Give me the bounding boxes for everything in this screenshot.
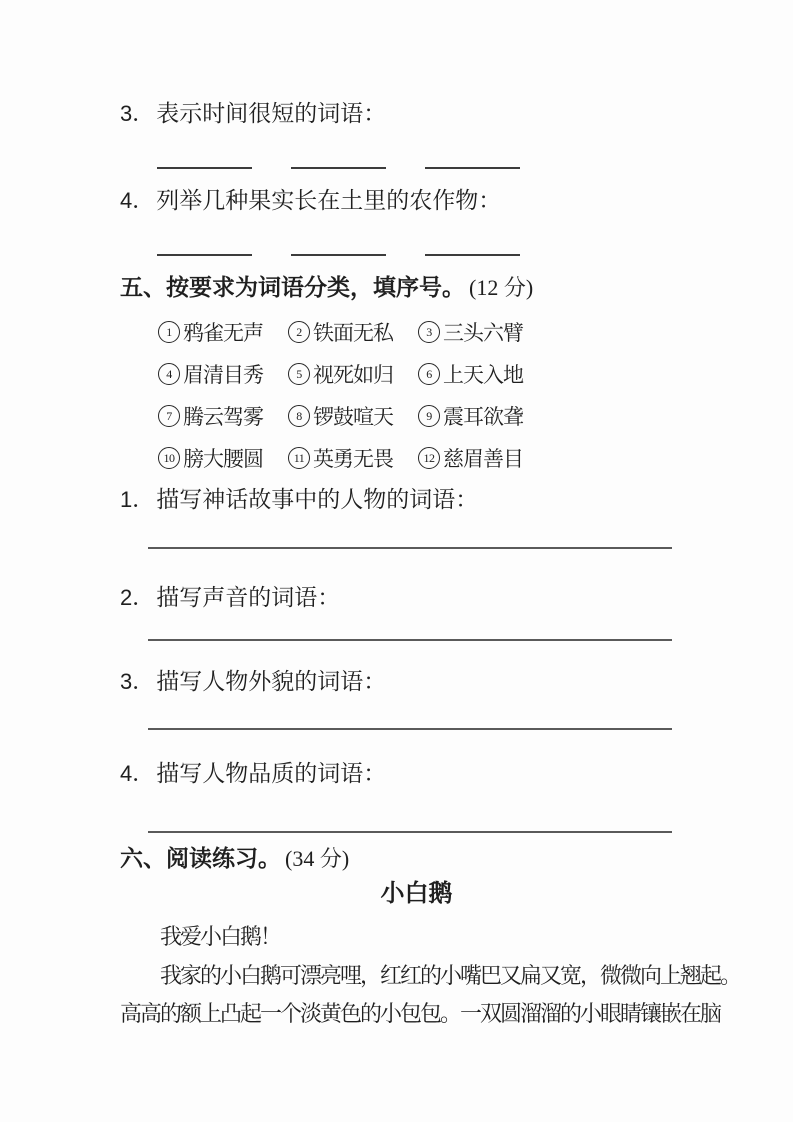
word-text: 三头六臂 <box>443 317 523 347</box>
word-text: 膀大腰圆 <box>183 443 263 473</box>
answer-blank <box>291 153 386 169</box>
circled-number: 2 <box>288 321 310 343</box>
classify-question-character: 4．描写人物品质的词语： <box>120 761 713 787</box>
answer-blank <box>425 240 520 256</box>
answer-blank-row <box>157 240 713 256</box>
word-option: 2铁面无私 <box>288 318 418 346</box>
question-text: 描写人物品质的词语： <box>156 761 386 786</box>
answer-blank <box>291 240 386 256</box>
section6-heading-label: 六、阅读练习。 <box>120 845 281 871</box>
answer-blank <box>157 153 252 169</box>
word-option-grid: 1鸦雀无声 2铁面无私 3三头六臂 4眉清目秀 5视死如归 6上天入地 7腾云驾… <box>158 318 713 486</box>
passage-line: 高高的额上凸起一个淡黄色的小包包。一双圆溜溜的小眼睛镶嵌在脑 <box>120 1001 713 1026</box>
question-number: 2． <box>120 585 154 610</box>
word-option: 1鸦雀无声 <box>158 318 288 346</box>
circled-number: 7 <box>158 405 180 427</box>
answer-line <box>148 639 672 641</box>
circled-number: 3 <box>418 321 440 343</box>
question-number: 3． <box>120 669 154 694</box>
word-text: 锣鼓喧天 <box>313 401 393 431</box>
classify-question-myth: 1．描写神话故事中的人物的词语： <box>120 487 713 513</box>
passage-line: 我家的小白鹅可漂亮哩，红红的小嘴巴又扁又宽，微微向上翘起。 <box>160 963 713 988</box>
answer-line <box>148 831 672 833</box>
word-option: 10膀大腰圆 <box>158 444 288 472</box>
question-number: 3． <box>120 101 154 126</box>
word-option: 4眉清目秀 <box>158 360 288 388</box>
answer-blank <box>425 153 520 169</box>
word-option: 11英勇无畏 <box>288 444 418 472</box>
question-text: 描写声音的词语： <box>156 585 340 610</box>
classify-question-sound: 2．描写声音的词语： <box>120 585 713 611</box>
question-number: 4． <box>120 188 154 213</box>
question-text: 描写人物外貌的词语： <box>156 669 386 694</box>
word-option: 8锣鼓喧天 <box>288 402 418 430</box>
answer-blank <box>157 240 252 256</box>
word-text: 铁面无私 <box>313 317 393 347</box>
answer-line <box>148 547 672 549</box>
word-text: 眉清目秀 <box>183 359 263 389</box>
circled-number: 4 <box>158 363 180 385</box>
answer-line <box>148 728 672 730</box>
question-time-words: 3．表示时间很短的词语： <box>120 101 713 127</box>
section6-heading: 六、阅读练习。(34 分) <box>120 845 713 872</box>
word-text: 英勇无畏 <box>313 443 393 473</box>
circled-number: 10 <box>158 447 180 469</box>
circled-number: 11 <box>288 447 310 469</box>
word-text: 鸦雀无声 <box>183 317 263 347</box>
word-option: 7腾云驾雾 <box>158 402 288 430</box>
circled-number: 1 <box>158 321 180 343</box>
section6-score: (34 分) <box>285 846 349 871</box>
circled-number: 9 <box>418 405 440 427</box>
question-crops: 4．列举几种果实长在土里的农作物： <box>120 188 713 214</box>
question-number: 1． <box>120 487 154 512</box>
word-option: 5视死如归 <box>288 360 418 388</box>
word-text: 视死如归 <box>313 359 393 389</box>
circled-number: 5 <box>288 363 310 385</box>
section5-heading-label: 五、按要求为词语分类，填序号。 <box>120 274 465 300</box>
question-text: 表示时间很短的词语： <box>156 101 386 126</box>
question-text: 描写神话故事中的人物的词语： <box>156 487 478 512</box>
worksheet-content: 3．表示时间很短的词语： 4．列举几种果实长在土里的农作物： 五、按要求为词语分… <box>120 101 713 1026</box>
word-text: 震耳欲聋 <box>443 401 523 431</box>
word-text: 上天入地 <box>443 359 523 389</box>
worksheet-page: 3．表示时间很短的词语： 4．列举几种果实长在土里的农作物： 五、按要求为词语分… <box>0 0 793 1122</box>
circled-number: 6 <box>418 363 440 385</box>
word-option: 6上天入地 <box>418 360 578 388</box>
word-option: 9震耳欲聋 <box>418 402 578 430</box>
classify-question-appearance: 3．描写人物外貌的词语： <box>120 669 713 695</box>
word-text: 腾云驾雾 <box>183 401 263 431</box>
circled-number: 12 <box>418 447 440 469</box>
answer-blank-row <box>157 153 713 169</box>
word-option: 3三头六臂 <box>418 318 578 346</box>
circled-number: 8 <box>288 405 310 427</box>
word-text: 慈眉善目 <box>443 443 523 473</box>
passage-title: 小白鹅 <box>120 881 713 907</box>
passage-line: 我爱小白鹅！ <box>160 924 713 949</box>
question-text: 列举几种果实长在土里的农作物： <box>156 188 501 213</box>
section5-heading: 五、按要求为词语分类，填序号。(12 分) <box>120 274 713 301</box>
section5-score: (12 分) <box>469 275 533 300</box>
question-number: 4． <box>120 761 154 786</box>
word-option: 12慈眉善目 <box>418 444 578 472</box>
